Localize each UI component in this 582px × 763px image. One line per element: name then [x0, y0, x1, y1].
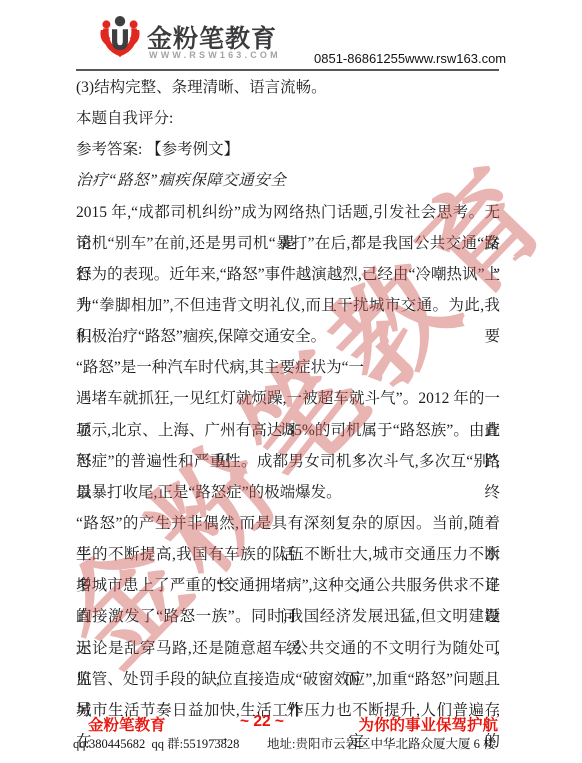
- header-website: www.rsw163.com: [405, 51, 506, 66]
- brand-website-small: WWW.RSW163.COM: [149, 50, 281, 60]
- text-line: 监管、处罚手段的缺位直接造成“破窗效应”,加重“路怒”问题。另外,: [76, 664, 500, 695]
- text-line: (3)结构完整、条理清晰、语言流畅。: [76, 72, 500, 103]
- header-divider: [76, 69, 499, 71]
- text-line: 为“拳脚相加”,不但违背文明礼仪,而且干扰城市交通。为此,我们要: [76, 290, 500, 321]
- header-phone: 0851-86861255: [314, 51, 405, 66]
- text-line: 司机“别车”在前,还是男司机“暴打”在后,都是我国公共交通“路怒”: [76, 228, 500, 259]
- text-line: 平的不断提高,我国有车族的队伍不断壮大,城市交通压力不断增长,许: [76, 539, 500, 570]
- document-text: (3)结构完整、条理清晰、语言流畅。本题自我评分:参考答案: 【参考例文】治疗“…: [76, 72, 500, 726]
- brand-logo-icon: [96, 14, 144, 62]
- footer-qq: qq:380445682 qq 群:551973828: [73, 734, 239, 752]
- footer-address: 地址:贵阳市云岩区中华北路众厦大厦 6 楼: [267, 734, 495, 752]
- text-line: 无论是乱穿马路,还是随意超车,公共交通的不文明行为随处可见,而且: [76, 633, 500, 664]
- text-line: “路怒”的产生并非偶然,而是具有深刻复杂的原因。当前,随着生活水: [76, 508, 500, 539]
- text-line: 2015 年,“成都司机纠纷”成为网络热门话题,引发社会思考。无论是女: [76, 197, 500, 228]
- text-line: 参考答案: 【参考例文】: [76, 134, 500, 165]
- footer-slogan: 为你的事业保驾护航: [358, 713, 498, 735]
- footer-brand: 金粉笔教育: [88, 713, 166, 735]
- footer-red-row: 金粉笔教育 ~ 22 ~ 为你的事业保驾护航: [88, 713, 498, 735]
- page-number: ~ 22 ~: [240, 713, 284, 735]
- text-line: 多城市患上了严重的“交通拥堵病”,这种交通公共服务供求不足的问题: [76, 570, 500, 601]
- text-line: “路怒”是一种汽车时代病,其主要症状为“一: [76, 352, 500, 383]
- text-line: 治疗“路怒”痼疾保障交通安全: [76, 165, 500, 196]
- document-page: 金粉笔教育 WWW.RSW163.COM 0851-86861255 www.r…: [0, 0, 582, 763]
- text-line: 怒症”的普遍性和严重性。成都男女司机多次斗气,多次互“别”,最终: [76, 446, 500, 477]
- text-line: 本题自我评分:: [76, 103, 500, 134]
- text-line: 遇堵车就抓狂,一见红灯就烦躁,一被超车就斗气”。2012 年的一项调查: [76, 383, 500, 414]
- text-line: 直接激发了“路怒一族”。同时,我国经济发展迅猛,但文明建设迟缓,: [76, 601, 500, 632]
- text-line: 行为的表现。近年来,“路怒”事件越演越烈,已经由“冷嘲热讽”上升: [76, 259, 500, 290]
- text-line: 显示,北京、上海、广州有高达 35%的司机属于“路怒族”。由此可见“路: [76, 415, 500, 446]
